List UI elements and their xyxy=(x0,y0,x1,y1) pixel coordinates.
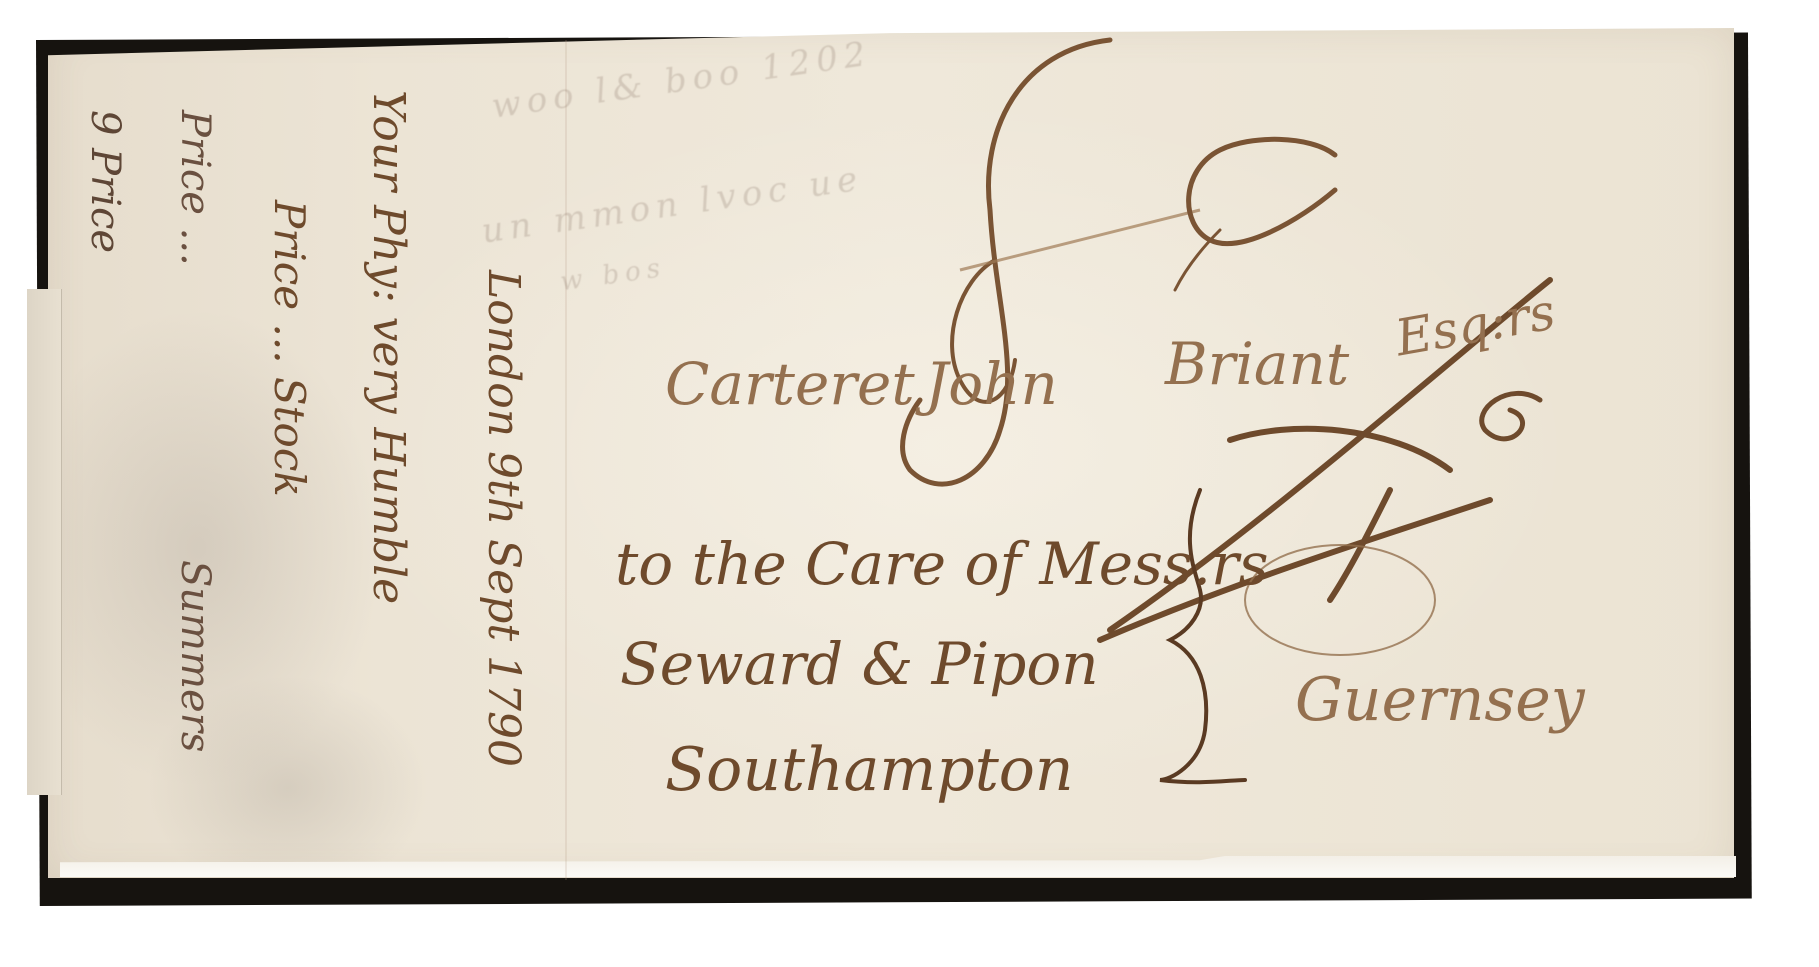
docket-sender: Your Phy: very Humble xyxy=(366,90,410,604)
docket-date: London 9th Sept 1790 xyxy=(481,270,525,767)
fold-line xyxy=(565,40,567,880)
paper-flap xyxy=(27,289,62,795)
docket-price: Price ... xyxy=(175,110,215,266)
addressee-name-john: John xyxy=(925,355,1058,413)
docket-corner: 9 Price xyxy=(85,110,125,253)
addressee-name-briant: Briant xyxy=(1165,335,1349,393)
town-line: Southampton xyxy=(665,740,1074,800)
agents-line: Seward & Pipon xyxy=(620,635,1099,693)
docket-name: Summers xyxy=(175,560,215,752)
c-flourish-mark xyxy=(1160,130,1360,290)
destination-line: Guernsey xyxy=(1295,670,1585,730)
docket-note: Price ... Stock xyxy=(268,200,310,497)
l-mark xyxy=(1140,480,1250,800)
addressee-name-carteret: Carteret xyxy=(665,355,915,413)
care-of-line: to the Care of Mess.rs xyxy=(615,535,1269,593)
